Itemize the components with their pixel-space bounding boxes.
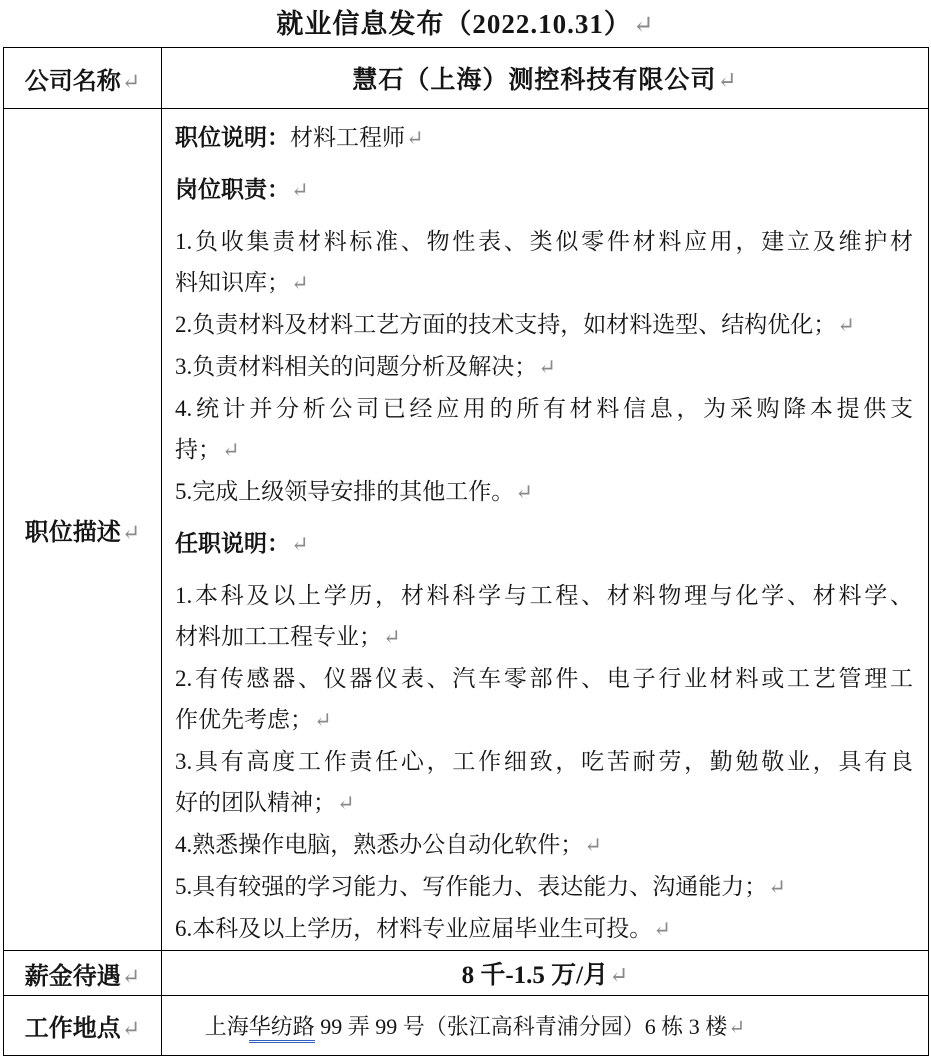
description-paragraph: 6.本科及以上学历，材料专业应届毕业生可投。↵ (175, 908, 913, 950)
description-text: 5.具有较强的学习能力、写作能力、表达能力、沟通能力； (175, 874, 767, 899)
line-break-mark-icon: ↵ (121, 520, 141, 545)
line-break-mark-icon: ↵ (652, 917, 671, 941)
description-paragraph: 职位说明：材料工程师↵ (175, 117, 913, 159)
line-break-mark-icon: ↵ (583, 833, 602, 857)
line-break-mark-icon: ↵ (313, 708, 332, 732)
job-description-label: 职位描述 (25, 520, 121, 546)
work-location-value-cell[interactable]: 上海华纺路 99 弄 99 号（张江高科青浦分园）6 栋 3 楼↵ (162, 996, 929, 1056)
description-text: 3.负责材料相关的问题分析及解决； (175, 354, 537, 379)
description-text: 4.统计并分析公司已经应用的所有材料信息，为采购降本提供支 (175, 396, 913, 421)
description-paragraph: 2.有传感器、仪器仪表、汽车零部件、电子行业材料或工艺管理工作优先考虑；↵ (175, 658, 913, 741)
description-line: 作优先考虑；↵ (175, 699, 913, 741)
description-text: 5.完成上级领导安排的其他工作。 (175, 479, 514, 504)
description-text: 6.本科及以上学历，材料专业应届毕业生可投。 (175, 916, 652, 941)
description-text: 作优先考虑； (175, 707, 313, 732)
description-paragraph: 1.负收集责材料标准、物性表、类似零件材料应用，建立及维护材料知识库；↵ (175, 221, 913, 304)
description-line: 5.完成上级领导安排的其他工作。↵ (175, 471, 913, 513)
section-head: 岗位职责： (175, 177, 290, 202)
section-head: 任职说明： (175, 531, 290, 556)
salary-label-cell[interactable]: 薪金待遇↵ (4, 951, 162, 996)
table-row-work-location: 工作地点↵ 上海华纺路 99 弄 99 号（张江高科青浦分园）6 栋 3 楼↵ (4, 996, 929, 1056)
description-text: 材料工程师 (290, 125, 405, 150)
description-line: 任职说明：↵ (175, 523, 913, 565)
job-description-value-cell[interactable]: 职位说明：材料工程师↵岗位职责：↵1.负收集责材料标准、物性表、类似零件材料应用… (162, 109, 929, 951)
description-line: 2.有传感器、仪器仪表、汽车零部件、电子行业材料或工艺管理工 (175, 658, 913, 699)
job-description-label-cell[interactable]: 职位描述↵ (4, 109, 162, 951)
description-line: 4.统计并分析公司已经应用的所有材料信息，为采购降本提供支 (175, 388, 913, 429)
page-title-text: 就业信息发布（2022.10.31） (276, 9, 632, 39)
line-break-mark-icon: ↵ (836, 313, 855, 337)
description-paragraph: 2.负责材料及材料工艺方面的技术支持，如材料选型、结构优化；↵ (175, 304, 913, 346)
company-name-value-cell[interactable]: 慧石（上海）测控科技有限公司↵ (162, 48, 929, 109)
page-title: 就业信息发布（2022.10.31）↵ (0, 0, 931, 47)
description-paragraph: 3.负责材料相关的问题分析及解决；↵ (175, 346, 913, 388)
description-line: 3.具有高度工作责任心，工作细致，吃苦耐劳，勤勉敬业，具有良 (175, 741, 913, 782)
description-line: 持；↵ (175, 429, 913, 471)
company-name-value: 慧石（上海）测控科技有限公司 (352, 67, 716, 94)
description-text: 材料加工工程专业； (175, 624, 382, 649)
line-break-mark-icon: ↵ (608, 963, 628, 988)
description-paragraph: 岗位职责：↵ (175, 169, 913, 211)
line-break-mark-icon: ↵ (221, 438, 240, 462)
description-paragraph: 5.完成上级领导安排的其他工作。↵ (175, 471, 913, 513)
table-row-job-description: 职位描述↵ 职位说明：材料工程师↵岗位职责：↵1.负收集责材料标准、物性表、类似… (4, 109, 929, 951)
description-line: 4.熟悉操作电脑，熟悉办公自动化软件；↵ (175, 824, 913, 866)
description-paragraph: 任职说明：↵ (175, 523, 913, 565)
line-break-mark-icon: ↵ (290, 532, 309, 556)
location-text: 上海 (205, 1014, 249, 1039)
salary-value: 8 千-1.5 万/月 (462, 962, 609, 989)
description-line: 5.具有较强的学习能力、写作能力、表达能力、沟通能力；↵ (175, 866, 913, 908)
line-break-mark-icon: ↵ (537, 355, 556, 379)
description-text: 2.有传感器、仪器仪表、汽车零部件、电子行业材料或工艺管理工 (175, 666, 913, 691)
job-description-content: 职位说明：材料工程师↵岗位职责：↵1.负收集责材料标准、物性表、类似零件材料应用… (175, 117, 913, 950)
salary-value-cell[interactable]: 8 千-1.5 万/月↵ (162, 951, 929, 996)
section-head: 职位说明： (175, 125, 290, 150)
description-paragraph: 4.熟悉操作电脑，熟悉办公自动化软件；↵ (175, 824, 913, 866)
description-line: 职位说明：材料工程师↵ (175, 117, 913, 159)
work-location-value: 上海华纺路 99 弄 99 号（张江高科青浦分园）6 栋 3 楼 (205, 1014, 728, 1043)
work-location-label-cell[interactable]: 工作地点↵ (4, 996, 162, 1056)
line-break-mark-icon: ↵ (632, 12, 655, 39)
description-line: 3.负责材料相关的问题分析及解决；↵ (175, 346, 913, 388)
description-line: 1.负收集责材料标准、物性表、类似零件材料应用，建立及维护材 (175, 221, 913, 262)
description-line: 料知识库；↵ (175, 262, 913, 304)
description-text: 4.熟悉操作电脑，熟悉办公自动化软件； (175, 832, 583, 857)
description-text: 1.本科及以上学历，材料科学与工程、材料物理与化学、材料学、 (175, 583, 913, 608)
description-text: 持； (175, 437, 221, 462)
table-row-salary: 薪金待遇↵ 8 千-1.5 万/月↵ (4, 951, 929, 996)
description-line: 1.本科及以上学历，材料科学与工程、材料物理与化学、材料学、 (175, 575, 913, 616)
description-text: 料知识库； (175, 270, 290, 295)
work-location-label: 工作地点 (25, 1016, 121, 1042)
line-break-mark-icon: ↵ (514, 480, 533, 504)
salary-label: 薪金待遇 (25, 964, 121, 990)
description-paragraph: 3.具有高度工作责任心，工作细致，吃苦耐劳，勤勉敬业，具有良好的团队精神；↵ (175, 741, 913, 824)
line-break-mark-icon: ↵ (121, 69, 141, 94)
company-name-label-cell[interactable]: 公司名称↵ (4, 48, 162, 109)
description-paragraph: 5.具有较强的学习能力、写作能力、表达能力、沟通能力；↵ (175, 866, 913, 908)
table-row-company-name: 公司名称↵ 慧石（上海）测控科技有限公司↵ (4, 48, 929, 109)
line-break-mark-icon: ↵ (290, 271, 309, 295)
line-break-mark-icon: ↵ (290, 178, 309, 202)
line-break-mark-icon: ↵ (405, 126, 424, 150)
description-text: 2.负责材料及材料工艺方面的技术支持，如材料选型、结构优化； (175, 312, 836, 337)
description-line: 好的团队精神；↵ (175, 782, 913, 824)
grammar-underlined-text: 华纺路 (249, 1014, 315, 1043)
description-paragraph: 4.统计并分析公司已经应用的所有材料信息，为采购降本提供支持；↵ (175, 388, 913, 471)
line-break-mark-icon: ↵ (727, 1017, 745, 1039)
description-text: 1.负收集责材料标准、物性表、类似零件材料应用，建立及维护材 (175, 229, 913, 254)
document-page: { "marks": { "line_break": "↵" }, "color… (0, 0, 931, 1063)
description-line: 2.负责材料及材料工艺方面的技术支持，如材料选型、结构优化；↵ (175, 304, 913, 346)
line-break-mark-icon: ↵ (382, 625, 401, 649)
line-break-mark-icon: ↵ (121, 1016, 141, 1041)
line-break-mark-icon: ↵ (767, 875, 786, 899)
job-info-table: 公司名称↵ 慧石（上海）测控科技有限公司↵ 职位描述↵ 职位说明：材料工程师↵岗… (3, 47, 929, 1056)
description-line: 岗位职责：↵ (175, 169, 913, 211)
description-line: 材料加工工程专业；↵ (175, 616, 913, 658)
company-name-label: 公司名称 (25, 69, 121, 95)
line-break-mark-icon: ↵ (336, 791, 355, 815)
description-text: 3.具有高度工作责任心，工作细致，吃苦耐劳，勤勉敬业，具有良 (175, 749, 913, 774)
description-line: 6.本科及以上学历，材料专业应届毕业生可投。↵ (175, 908, 913, 950)
description-text: 好的团队精神； (175, 790, 336, 815)
line-break-mark-icon: ↵ (716, 68, 737, 93)
line-break-mark-icon: ↵ (121, 964, 141, 989)
location-text: 99 弄 99 号（张江高科青浦分园）6 栋 3 楼 (315, 1014, 728, 1039)
description-paragraph: 1.本科及以上学历，材料科学与工程、材料物理与化学、材料学、材料加工工程专业；↵ (175, 575, 913, 658)
